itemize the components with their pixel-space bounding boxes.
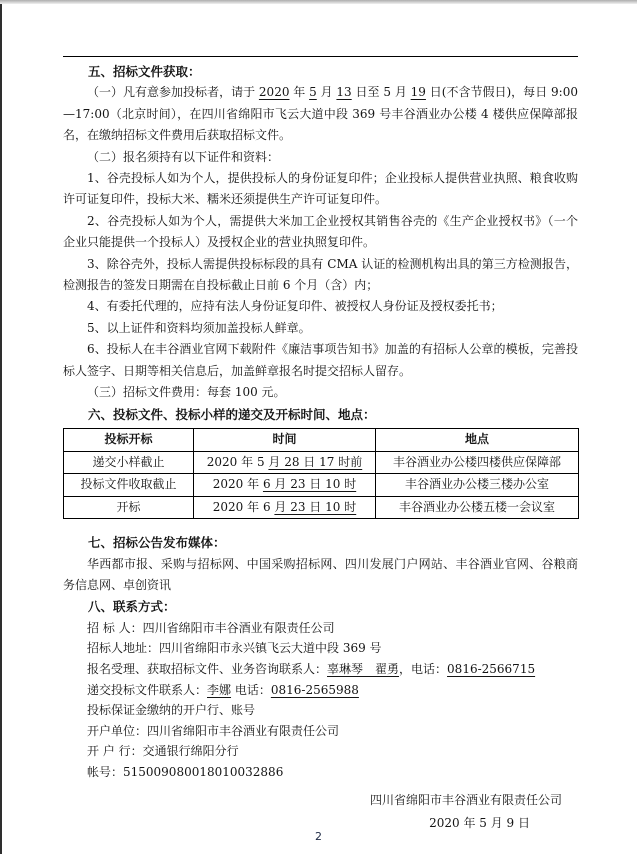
contact-line-deposit: 投标保证金缴纳的开户行、账号: [63, 700, 578, 721]
section7-title: 七、招标公告发布媒体：: [63, 532, 578, 553]
table-header-event: 投标开标: [64, 428, 194, 451]
text-segment: 2020 年 5: [207, 455, 269, 469]
text-segment: 递交投标文件联系人：: [87, 683, 207, 697]
contact-block: 招 标 人：四川省绵阳市丰谷酒业有限责任公司 招标人地址：四川省绵阳市永兴镇飞云…: [63, 618, 578, 783]
list-item: 4、有委托代理的，应持有法人身份证复印件、被授权人身份证及授权委托书；: [63, 296, 578, 317]
table-cell-location: 丰谷酒业办公楼四楼供应保障部: [376, 451, 579, 473]
list-item: 3、除谷壳外，投标人需提供投标标段的具有 CMA 认证的检测机构出具的第三方检测…: [63, 254, 578, 297]
table-header-row: 投标开标 时间 地点: [64, 428, 579, 451]
table-row: 开标 2020 年 6 月 23 日 10 时 丰谷酒业办公楼五楼一会议室: [64, 496, 579, 518]
text-segment: （一）凡有意参加投标者，请于: [87, 85, 259, 99]
table-row: 递交小样截止 2020 年 5 月 28 日 17 时前 丰谷酒业办公楼四楼供应…: [64, 451, 579, 473]
table-cell-location: 丰谷酒业办公楼三楼办公室: [376, 474, 579, 496]
text-segment: 招 标 人：四川省绵阳市丰谷酒业有限责任公司: [87, 621, 335, 635]
section7-media-list: 华西都市报、采购与招标网、中国采购招标网、四川发展门户网站、丰谷酒业官网、谷粮商…: [63, 554, 578, 597]
text-segment: 开 户 行：交通银行绵阳分行: [87, 744, 239, 758]
contact-line-address: 招标人地址：四川省绵阳市永兴镇飞云大道中段 369 号: [63, 638, 578, 659]
section5-para2: （二）报名须持有以下证件和资料：: [63, 147, 578, 168]
list-item: 5、以上证件和资料均须加盖投标人鲜章。: [63, 318, 578, 339]
contact-line-bank: 开 户 行：交通银行绵阳分行: [63, 741, 578, 762]
section6-title: 六、投标文件、投标小样的递交及开标时间、地点：: [63, 404, 578, 425]
table-header-location: 地点: [376, 428, 579, 451]
underlined-text: 2020: [259, 85, 290, 99]
underlined-text: 19: [411, 85, 426, 99]
section5-para3: （三）招标文件费用：每套 100 元。: [63, 382, 578, 403]
underlined-text: 0816-2566715: [447, 662, 535, 676]
header-rule: [63, 56, 578, 57]
text-segment: 月: [317, 85, 337, 99]
text-segment: 2020 年 6: [213, 500, 275, 514]
table-header-time: 时间: [194, 428, 376, 451]
section5-title: 五、招标文件获取：: [63, 61, 578, 82]
text-segment: 开户单位：四川省绵阳市丰谷酒业有限责任公司: [87, 724, 339, 738]
page-number: 2: [0, 830, 637, 843]
table-cell-time: 2020 年 6 月 23 日 10 时: [194, 474, 376, 496]
list-item: 2、谷壳投标人如为个人，需提供大米加工企业授权其销售谷壳的《生产企业授权书》（一…: [63, 211, 578, 254]
text-segment: ，电话：: [399, 662, 447, 676]
contact-line-submission: 递交投标文件联系人：李娜 电话：0816-2565988: [63, 680, 578, 701]
contact-line-bidder: 招 标 人：四川省绵阳市丰谷酒业有限责任公司: [63, 618, 578, 639]
text-segment: 2020 年: [213, 477, 263, 491]
table-cell-time: 2020 年 6 月 23 日 10 时: [194, 496, 376, 518]
table-cell-event: 递交小样截止: [64, 451, 194, 473]
document-content: 五、招标文件获取： （一）凡有意参加投标者，请于 2020 年 5 月 13 日…: [63, 56, 578, 834]
section8-title: 八、联系方式：: [63, 596, 578, 617]
text-segment: 电话：: [231, 683, 271, 697]
text-segment: 日至 5 月: [352, 85, 411, 99]
text-segment: 报名受理、获取招标文件、业务咨询联系人：: [87, 662, 327, 676]
text-segment: 投标保证金缴纳的开户行、账号: [87, 703, 255, 717]
contact-line-registration: 报名受理、获取招标文件、业务咨询联系人：辜琳琴 翟勇，电话：0816-25667…: [63, 659, 578, 680]
underlined-text: 13: [336, 85, 351, 99]
bid-schedule-table: 投标开标 时间 地点 递交小样截止 2020 年 5 月 28 日 17 时前 …: [63, 428, 579, 519]
text-segment: 帐号：515009080018010032886: [87, 765, 283, 779]
signature-company: 四川省绵阳市丰谷酒业有限责任公司: [63, 790, 578, 811]
text-segment: 招标人地址：四川省绵阳市永兴镇飞云大道中段 369 号: [87, 641, 382, 655]
contact-line-account-number: 帐号：515009080018010032886: [63, 762, 578, 783]
text-segment: 年: [289, 85, 309, 99]
table-cell-time: 2020 年 5 月 28 日 17 时前: [194, 451, 376, 473]
list-item: 1、谷壳投标人如为个人，提供投标人的身份证复印件；企业投标人提供营业执照、粮食收…: [63, 168, 578, 211]
table-cell-location: 丰谷酒业办公楼五楼一会议室: [376, 496, 579, 518]
document-page: { "page": { "number": "2" }, "document":…: [0, 0, 637, 854]
underlined-text: 辜琳琴 翟勇: [327, 662, 399, 676]
scan-left-edge: [0, 0, 2, 854]
contact-line-account-holder: 开户单位：四川省绵阳市丰谷酒业有限责任公司: [63, 721, 578, 742]
underlined-text: 月 23 日 10 时: [274, 500, 356, 514]
table-cell-event: 投标文件收取截止: [64, 474, 194, 496]
underlined-text: 5: [309, 85, 317, 99]
table-cell-event: 开标: [64, 496, 194, 518]
scan-top-edge: [0, 0, 637, 4]
underlined-text: 6 月 23 日 10 时: [263, 477, 356, 491]
underlined-text: 0816-2565988: [271, 683, 359, 697]
table-row: 投标文件收取截止 2020 年 6 月 23 日 10 时 丰谷酒业办公楼三楼办…: [64, 474, 579, 496]
section5-para1: （一）凡有意参加投标者，请于 2020 年 5 月 13 日至 5 月 19 日…: [63, 82, 578, 146]
underlined-text: 李娜: [207, 683, 231, 697]
list-item: 6、投标人在丰谷酒业官网下载附件《廉洁事项告知书》加盖的有招标人公章的模板，完善…: [63, 339, 578, 382]
underlined-text: 月 28 日 17 时前: [268, 455, 362, 469]
